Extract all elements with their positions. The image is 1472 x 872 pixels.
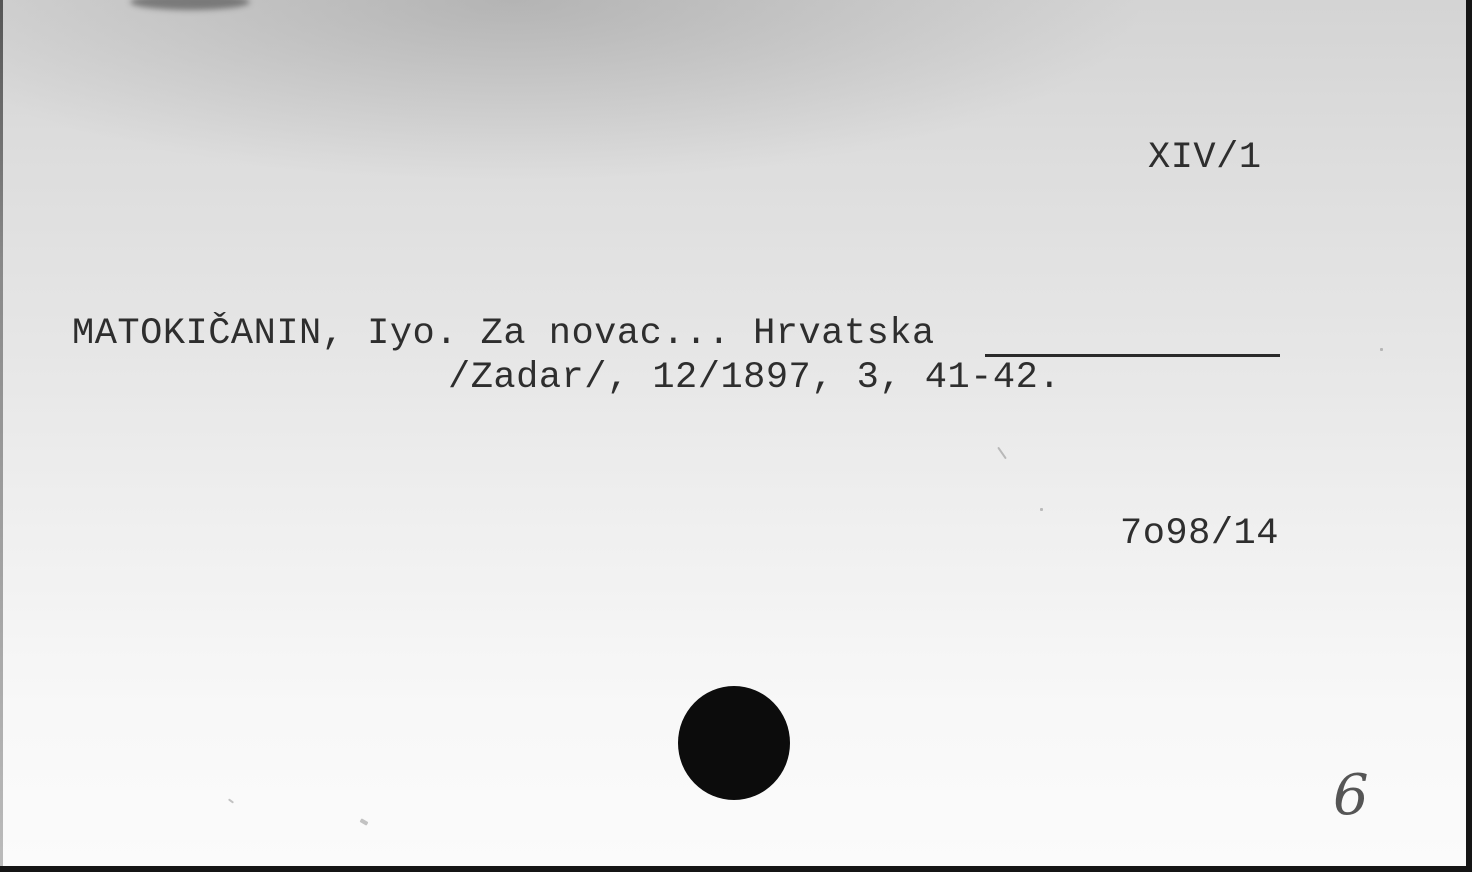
top-smudge <box>130 0 250 10</box>
paper-speck <box>1040 508 1043 511</box>
paper-speck <box>360 818 369 825</box>
call-number: XIV/1 <box>1148 140 1262 177</box>
card-edge-shadow <box>0 0 3 866</box>
entry-line-author-title: MATOKIČANIN, Iyo. Za novac... Hrvatska <box>72 316 935 353</box>
entry-line-publication: /Zadar/, 12/1897, 3, 41-42. <box>448 360 1061 397</box>
catalog-card: XIV/1 MATOKIČANIN, Iyo. Za novac... Hrva… <box>0 0 1472 872</box>
paper-speck <box>1380 348 1383 351</box>
punch-hole <box>678 686 790 800</box>
handwritten-mark: 6 <box>1333 768 1369 824</box>
paper-speck <box>997 447 1007 460</box>
paper-speck <box>228 798 234 803</box>
accession-number: 7o98/14 <box>1120 516 1279 553</box>
